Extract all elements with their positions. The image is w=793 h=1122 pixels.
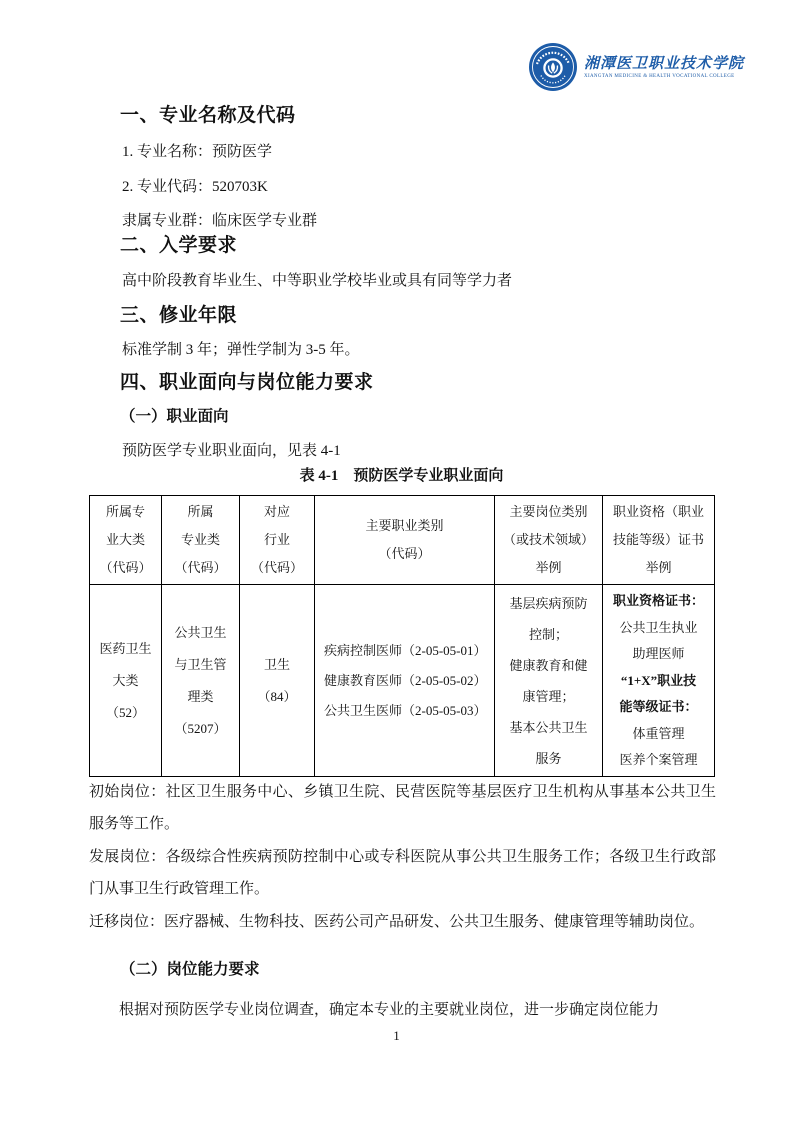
development-position-paragraph: 发展岗位：各级综合性疾病预防控制中心或专科医院从事公共卫生服务工作；各级卫生行政… [89, 841, 716, 906]
section4-title: 四、职业面向与岗位能力要求 [120, 371, 374, 395]
section4-1-title: （一）职业面向 [120, 407, 229, 427]
college-seal-icon [528, 42, 578, 92]
section4-2-title: （二）岗位能力要求 [120, 960, 260, 980]
college-name-cn: 湘潭医卫职业技术学院 [584, 55, 744, 73]
table-intro-line: 预防医学专业职业面向，见表 4-1 [122, 441, 341, 461]
cell-major-category: 公共卫生与卫生管理类（5207） [162, 585, 240, 777]
page-number: 1 [0, 1028, 793, 1044]
cell-major-big-category: 医药卫生大类（52） [90, 585, 162, 777]
college-logo: 湘潭医卫职业技术学院 XIANGTAN MEDICINE & HEALTH VO… [528, 40, 718, 94]
major-group-line: 隶属专业群：临床医学专业群 [122, 211, 317, 231]
cell-certificates: 职业资格证书：公共卫生执业助理医师“1+X”职业技能等级证书：体重管理医养个案管… [603, 585, 715, 777]
college-names: 湘潭医卫职业技术学院 XIANGTAN MEDICINE & HEALTH VO… [584, 55, 744, 80]
table-header-row: 所属专业大类（代码） 所属专业类（代码） 对应行业（代码） 主要职业类别（代码）… [90, 496, 715, 585]
section2-title: 二、入学要求 [120, 234, 237, 258]
header-major-big-category: 所属专业大类（代码） [90, 496, 162, 585]
section1-title: 一、专业名称及代码 [120, 104, 296, 128]
college-name-en: XIANGTAN MEDICINE & HEALTH VOCATIONAL CO… [584, 73, 744, 80]
study-length-line: 标准学制 3 年；弹性学制为 3-5 年。 [122, 340, 360, 360]
header-occupation-types: 主要职业类别（代码） [315, 496, 495, 585]
major-name-line: 1. 专业名称：预防医学 [122, 142, 272, 162]
career-orientation-table: 所属专业大类（代码） 所属专业类（代码） 对应行业（代码） 主要职业类别（代码）… [89, 495, 715, 777]
admission-requirement-line: 高中阶段教育毕业生、中等职业学校毕业或具有同等学力者 [122, 271, 512, 291]
document-page: 湘潭医卫职业技术学院 XIANGTAN MEDICINE & HEALTH VO… [0, 0, 793, 1122]
table-caption: 表 4-1 预防医学专业职业面向 [89, 464, 714, 485]
header-certificates: 职业资格（职业技能等级）证书举例 [603, 496, 715, 585]
position-paragraphs: 初始岗位：社区卫生服务中心、乡镇卫生院、民营医院等基层医疗卫生机构从事基本公共卫… [89, 776, 716, 938]
cell-occupation-types: 疾病控制医师（2-05-05-01）健康教育医师（2-05-05-02）公共卫生… [315, 585, 495, 777]
cell-post-types: 基层疾病预防控制；健康教育和健康管理；基本公共卫生服务 [495, 585, 603, 777]
header-industry: 对应行业（代码） [240, 496, 315, 585]
transfer-position-paragraph: 迁移岗位：医疗器械、生物科技、医药公司产品研发、公共卫生服务、健康管理等辅助岗位… [89, 906, 716, 938]
header-major-category: 所属专业类（代码） [162, 496, 240, 585]
table-data-row: 医药卫生大类（52） 公共卫生与卫生管理类（5207） 卫生（84） 疾病控制医… [90, 585, 715, 777]
major-code-line: 2. 专业代码：520703K [122, 177, 268, 197]
initial-position-paragraph: 初始岗位：社区卫生服务中心、乡镇卫生院、民营医院等基层医疗卫生机构从事基本公共卫… [89, 776, 716, 841]
header-post-types: 主要岗位类别（或技术领域）举例 [495, 496, 603, 585]
cell-industry: 卫生（84） [240, 585, 315, 777]
ability-requirement-paragraph: 根据对预防医学专业岗位调查，确定本专业的主要就业岗位，进一步确定岗位能力 [89, 994, 716, 1026]
section3-title: 三、修业年限 [120, 304, 237, 328]
